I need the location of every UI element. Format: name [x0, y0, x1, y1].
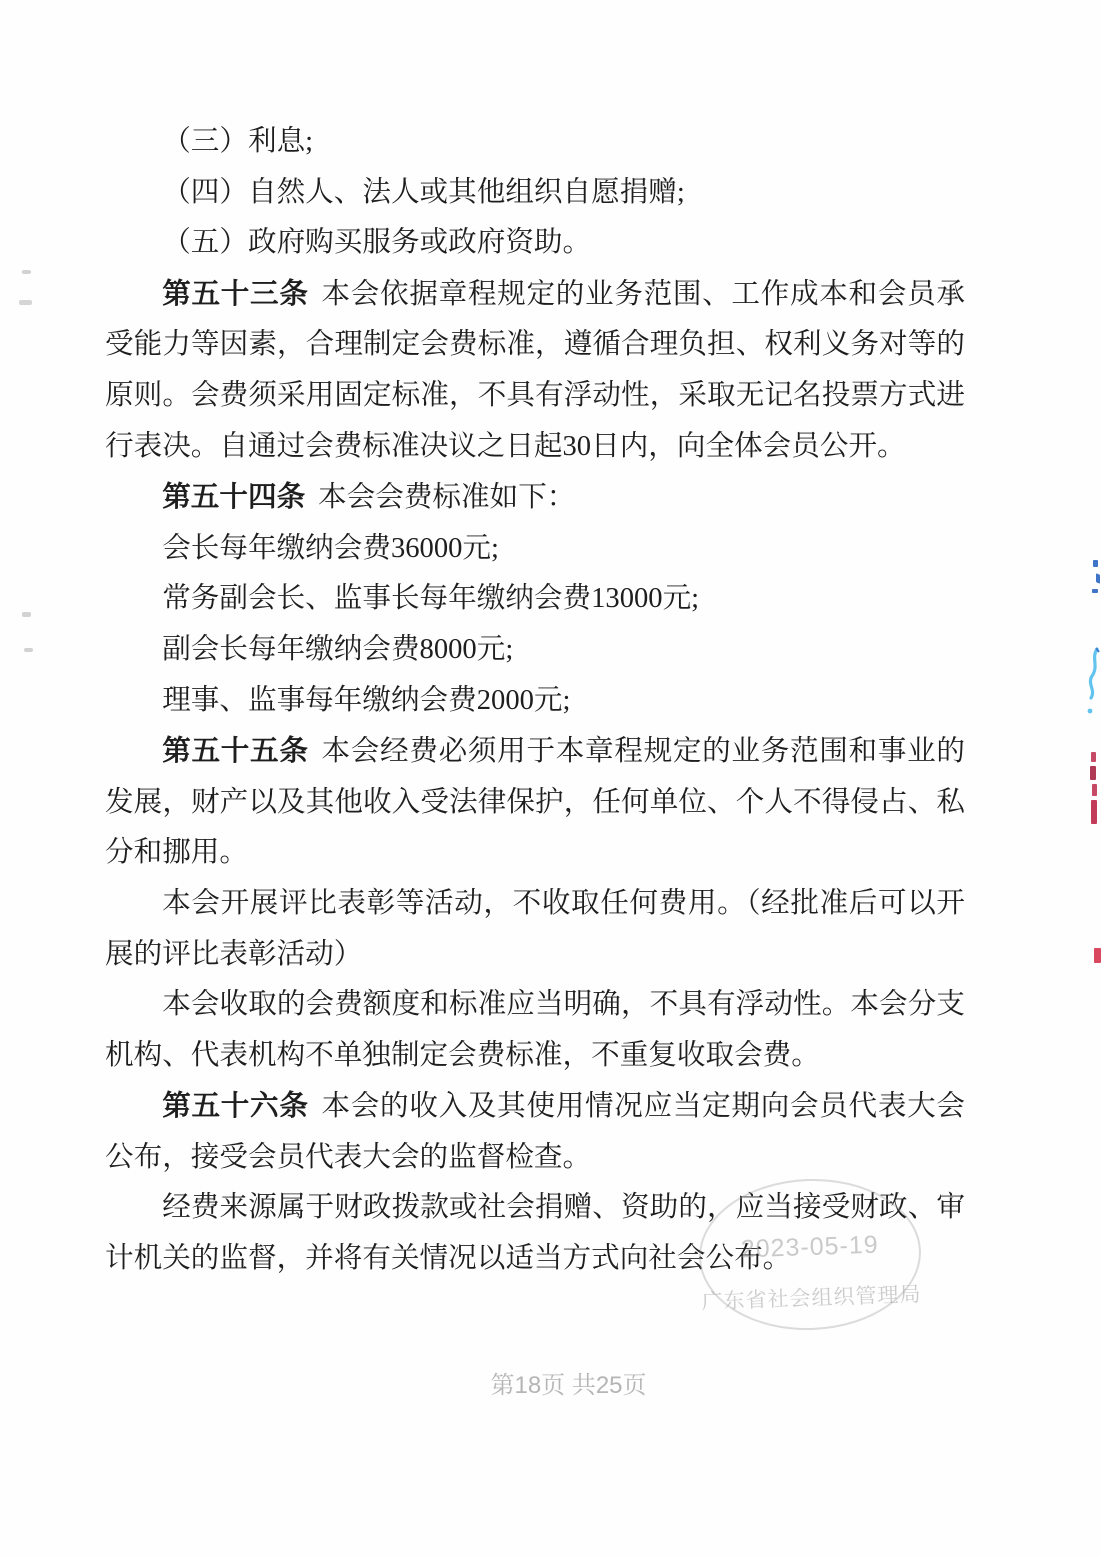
scan-speck — [19, 300, 32, 305]
article-55-paragraph: 第五十五条本会经费必须用于本章程规定的业务范围和事业的发展，财产以及其他收入受法… — [105, 726, 965, 879]
scan-speck — [22, 612, 31, 617]
fee-line-vice-president: 副会长每年缴纳会费8000元; — [105, 625, 965, 676]
paragraph-text: 会长每年缴纳会费36000元; — [162, 533, 499, 564]
paragraph-text: 常务副会长、监事长每年缴纳会费13000元; — [162, 583, 699, 614]
list-item-interest: （三）利息; — [105, 117, 965, 168]
edge-mark-red — [1091, 800, 1097, 824]
paragraph-text: 理事、监事每年缴纳会费2000元; — [162, 685, 570, 716]
fee-line-president: 会长每年缴纳会费36000元; — [105, 524, 965, 575]
fee-line-executive-vice-president: 常务副会长、监事长每年缴纳会费13000元; — [105, 574, 965, 625]
paragraph-text: （五）政府购买服务或政府资助。 — [162, 227, 591, 258]
edge-mark-blue — [1093, 560, 1098, 567]
paragraph-text: （四）自然人、法人或其他组织自愿捐赠; — [162, 177, 685, 208]
article-55-number: 第五十五条 — [162, 735, 308, 767]
article-56-number: 第五十六条 — [162, 1090, 308, 1122]
paragraph-text: 本会收取的会费额度和标准应当明确，不具有浮动性。本会分支机构、代表机构不单独制定… — [105, 989, 965, 1071]
page-number: 第18页 共25页 — [490, 1372, 646, 1399]
edge-mark-blue — [1092, 589, 1098, 593]
paragraph-text: 本会开展评比表彰等活动，不收取任何费用。（经批准后可以开展的评比表彰活动） — [105, 888, 965, 970]
edge-mark-red — [1092, 784, 1097, 796]
article-54-paragraph: 第五十四条本会会费标准如下： — [105, 472, 965, 524]
scan-speck — [24, 648, 33, 652]
edge-mark-red — [1090, 766, 1096, 780]
scan-speck — [22, 270, 31, 274]
article-54-number: 第五十四条 — [162, 481, 305, 513]
paragraph-text: 本会会费标准如下： — [318, 482, 575, 513]
paragraph-awards-activities: 本会开展评比表彰等活动，不收取任何费用。（经批准后可以开展的评比表彰活动） — [105, 879, 965, 980]
article-53-paragraph: 第五十三条本会依据章程规定的业务范围、工作成本和会员承受能力等因素，合理制定会费… — [105, 269, 965, 472]
article-56-paragraph: 第五十六条本会的收入及其使用情况应当定期向会员代表大会公布，接受会员代表大会的监… — [105, 1081, 965, 1183]
list-item-government-funding: （五）政府购买服务或政府资助。 — [105, 218, 965, 269]
list-item-donations: （四）自然人、法人或其他组织自愿捐赠; — [105, 168, 965, 219]
paragraph-text: 经费来源属于财政拨款或社会捐赠、资助的，应当接受财政、审计机关的监督，并将有关情… — [105, 1192, 965, 1274]
paragraph-text: 副会长每年缴纳会费8000元; — [162, 634, 513, 665]
fee-line-directors-supervisors: 理事、监事每年缴纳会费2000元; — [105, 676, 965, 727]
edge-mark-red — [1091, 752, 1096, 762]
edge-mark-red — [1094, 948, 1101, 963]
document-body: （三）利息; （四）自然人、法人或其他组织自愿捐赠; （五）政府购买服务或政府资… — [105, 117, 965, 1285]
paragraph-fee-standard: 本会收取的会费额度和标准应当明确，不具有浮动性。本会分支机构、代表机构不单独制定… — [105, 980, 965, 1081]
edge-mark-cyan-squiggle — [1083, 646, 1101, 721]
article-53-number: 第五十三条 — [162, 278, 308, 310]
edge-mark-blue — [1096, 573, 1100, 583]
paragraph-text: （三）利息; — [162, 126, 313, 157]
document-page: （三）利息; （四）自然人、法人或其他组织自愿捐赠; （五）政府购买服务或政府资… — [0, 0, 1101, 1557]
paragraph-funding-supervision: 经费来源属于财政拨款或社会捐赠、资助的，应当接受财政、审计机关的监督，并将有关情… — [105, 1183, 965, 1284]
page-footer: 第18页 共25页 — [0, 1365, 1101, 1400]
